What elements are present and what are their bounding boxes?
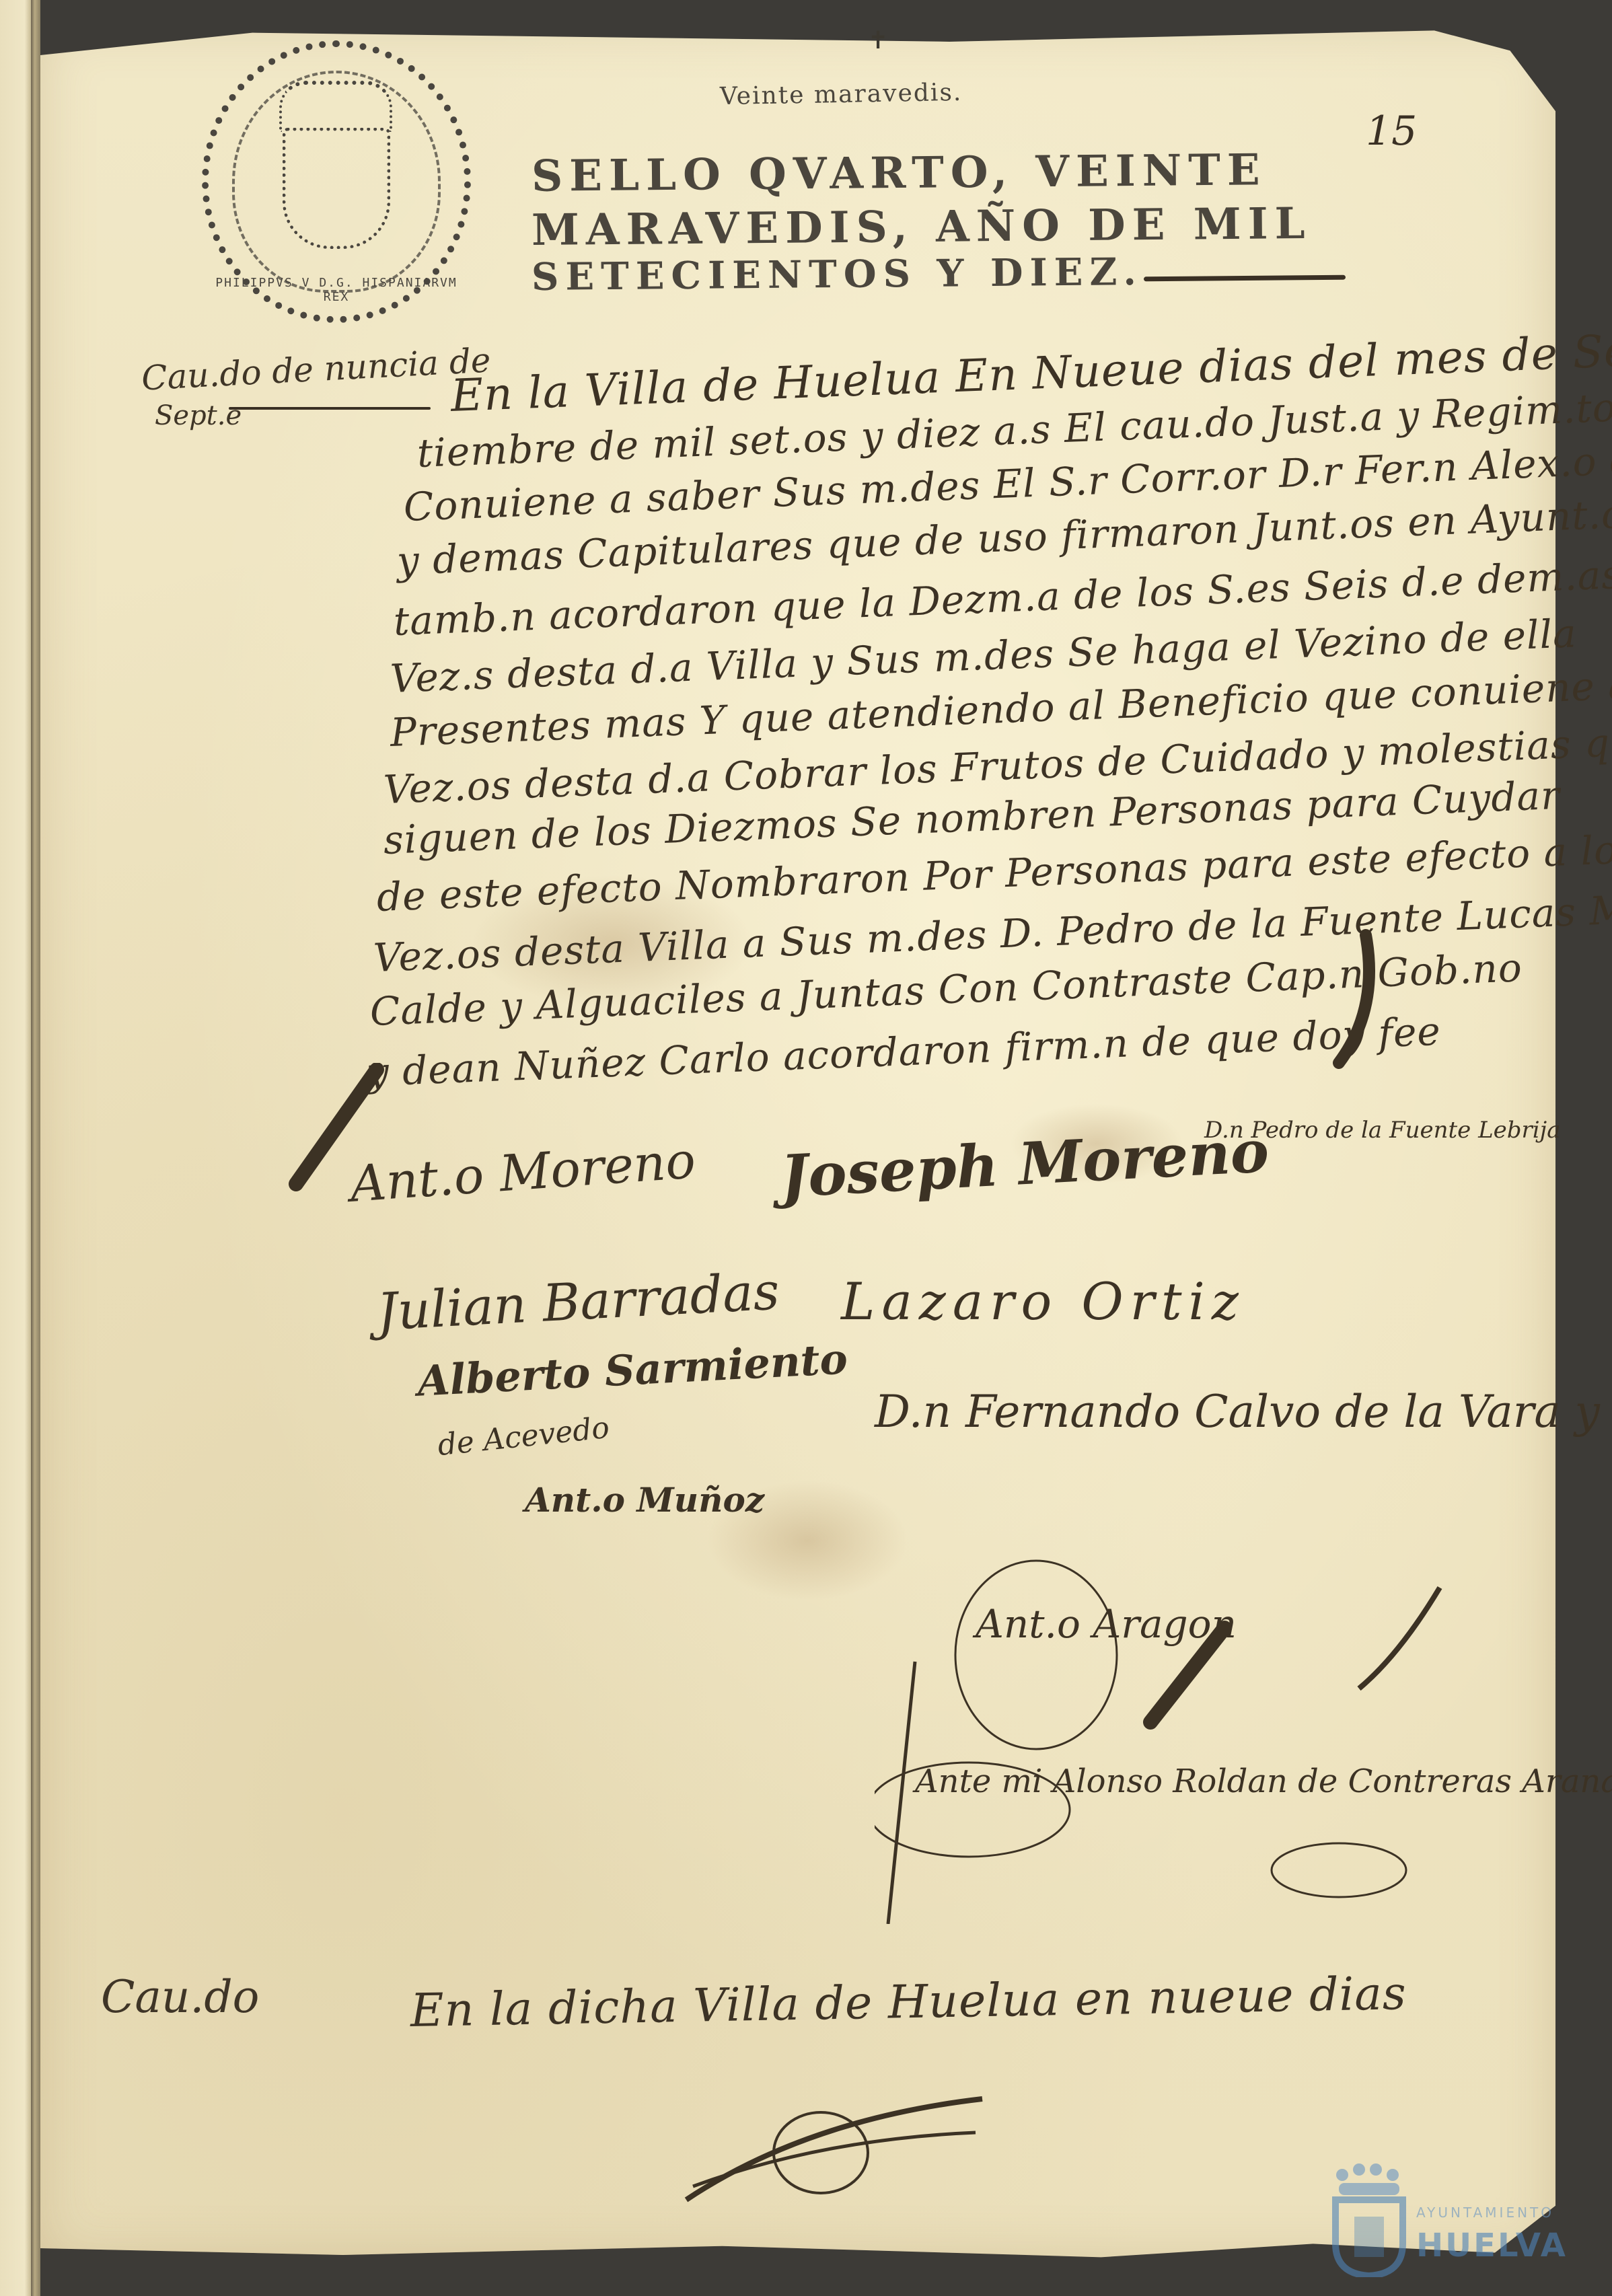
signature: D.n Fernando Calvo de la Vara y Bustina bbox=[875, 1386, 1612, 1438]
huelva-archive-watermark: AYUNTAMIENTO HUELVA bbox=[1329, 2163, 1524, 2277]
seal-legend: PHILIPPVS V D.G. HISPANIARVM REX bbox=[209, 276, 464, 304]
coat-of-arms-icon bbox=[283, 128, 390, 249]
watermark-label: HUELVA bbox=[1416, 2227, 1568, 2264]
royal-seal-stamp: PHILIPPVS V D.G. HISPANIARVM REX bbox=[202, 40, 471, 323]
stamp-small-header: Veinte maravedis. bbox=[720, 79, 963, 110]
signature: Lazaro Ortiz bbox=[841, 1271, 1245, 1331]
margin-note-top-2: Sept.e bbox=[155, 400, 242, 431]
signature: Ant.o Muñoz bbox=[525, 1480, 764, 1520]
pen-flourish-icon bbox=[1312, 928, 1393, 1076]
folio-number: 15 bbox=[1366, 108, 1417, 155]
signature: D.n Pedro de la Fuente Lebrija bbox=[1204, 1117, 1560, 1144]
adjacent-page-edge bbox=[0, 0, 31, 2296]
margin-rule bbox=[229, 407, 431, 410]
margin-note-bottom: Cau.do bbox=[101, 1971, 259, 2023]
stamp-header-line-2: MARAVEDIS, AÑO DE MIL bbox=[532, 198, 1312, 256]
stamp-header-line-3: SETECIENTOS Y DIEZ. bbox=[532, 250, 1143, 299]
watermark-sublabel: AYUNTAMIENTO bbox=[1416, 2205, 1554, 2221]
notary-rubric-icon bbox=[673, 2079, 996, 2213]
cross-icon: ✝ bbox=[868, 27, 888, 54]
binding-gutter bbox=[31, 0, 40, 2296]
huelva-coat-of-arms-icon bbox=[1329, 2163, 1409, 2277]
crown-icon bbox=[279, 81, 392, 132]
rubric-flourish-icon bbox=[875, 1547, 1480, 1924]
stamp-header-line-1: SELLO QVARTO, VEINTE bbox=[532, 145, 1267, 202]
